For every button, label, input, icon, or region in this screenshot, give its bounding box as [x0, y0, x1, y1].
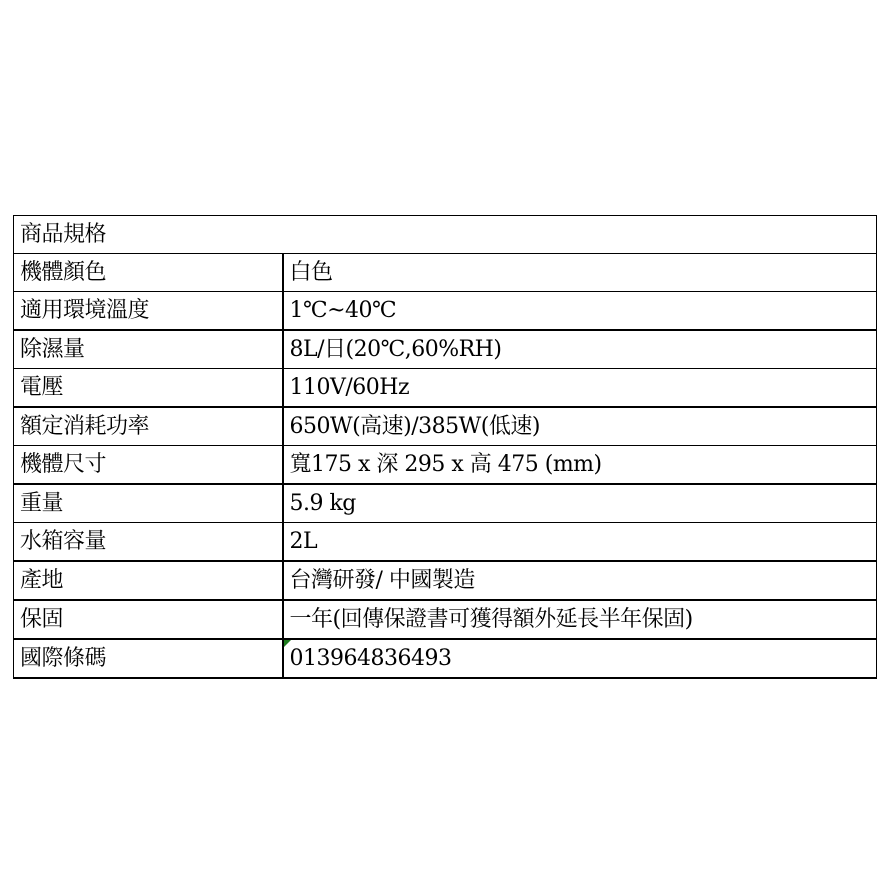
spec-row-dimensions: 機體尺寸 寬175 x 深 295 x 高 475 (mm) — [14, 446, 877, 485]
spec-value: 一年(回傳保證書可獲得額外延長半年保固) — [283, 600, 877, 639]
spec-value: 5.9 kg — [283, 484, 877, 523]
product-spec-table: 商品規格 機體顏色 白色 適用環境溫度 1℃~40℃ 除濕量 8L/日(20℃,… — [13, 215, 877, 679]
spec-label: 額定消耗功率 — [14, 407, 283, 446]
spec-value-barcode: 013964836493 — [283, 639, 877, 678]
spec-header-row: 商品規格 — [14, 216, 877, 254]
spec-label: 機體尺寸 — [14, 446, 283, 485]
spec-value: 寬175 x 深 295 x 高 475 (mm) — [283, 446, 877, 485]
spec-value: 台灣研發/ 中國製造 — [283, 561, 877, 600]
spec-value: 白色 — [283, 254, 877, 292]
spec-label: 保固 — [14, 600, 283, 639]
barcode-text: 013964836493 — [290, 646, 452, 671]
spec-label: 電壓 — [14, 369, 283, 408]
number-as-text-flag-icon — [284, 640, 291, 647]
spec-title: 商品規格 — [14, 216, 877, 254]
spec-row-color: 機體顏色 白色 — [14, 254, 877, 292]
spec-value: 2L — [283, 523, 877, 562]
spec-label: 重量 — [14, 484, 283, 523]
spec-label: 機體顏色 — [14, 254, 283, 292]
spec-label: 適用環境溫度 — [14, 292, 283, 331]
spec-row-temperature: 適用環境溫度 1℃~40℃ — [14, 292, 877, 331]
spec-value: 1℃~40℃ — [283, 292, 877, 331]
spec-row-barcode: 國際條碼 013964836493 — [14, 639, 877, 678]
spec-label: 國際條碼 — [14, 639, 283, 678]
spec-value: 8L/日(20℃,60%RH) — [283, 330, 877, 369]
spec-row-warranty: 保固 一年(回傳保證書可獲得額外延長半年保固) — [14, 600, 877, 639]
spec-row-weight: 重量 5.9 kg — [14, 484, 877, 523]
spec-row-tank: 水箱容量 2L — [14, 523, 877, 562]
spec-value: 110V/60Hz — [283, 369, 877, 408]
spec-row-voltage: 電壓 110V/60Hz — [14, 369, 877, 408]
spec-row-origin: 產地 台灣研發/ 中國製造 — [14, 561, 877, 600]
spec-label: 產地 — [14, 561, 283, 600]
spec-row-power: 額定消耗功率 650W(高速)/385W(低速) — [14, 407, 877, 446]
spec-label: 除濕量 — [14, 330, 283, 369]
spec-row-dehumidify: 除濕量 8L/日(20℃,60%RH) — [14, 330, 877, 369]
spec-value: 650W(高速)/385W(低速) — [283, 407, 877, 446]
spec-label: 水箱容量 — [14, 523, 283, 562]
